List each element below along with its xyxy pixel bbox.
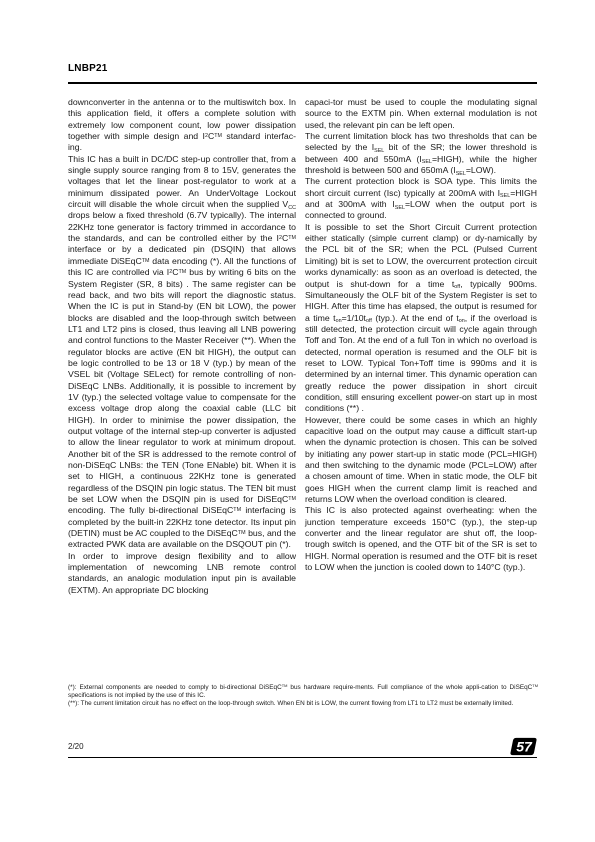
paragraph-left-1: downconverter in the antenna or to the m… — [68, 97, 296, 154]
body-text: downconverter in the antenna or to the m… — [68, 97, 537, 596]
header-rule — [68, 82, 537, 84]
footnote-1: (*): External components are needed to c… — [68, 684, 538, 699]
paragraph-right-6: This IC is also protected against overhe… — [305, 505, 537, 573]
paragraph-right-2: The current limitation block has two thr… — [305, 131, 537, 176]
footer-rule — [68, 757, 537, 758]
footnote-2: (**): The current limitation circuit has… — [68, 700, 538, 708]
paragraph-left-3: In order to improve design flexibility a… — [68, 551, 296, 596]
paragraph-left-2: This IC has a built in DC/DC step-up con… — [68, 154, 296, 551]
paragraph-right-1: capaci-tor must be used to couple the mo… — [305, 97, 537, 131]
st-logo-glyph: 57 — [516, 739, 533, 755]
paragraph-right-3: The current protection block is SOA type… — [305, 176, 537, 221]
footnotes: (*): External components are needed to c… — [68, 684, 538, 709]
paragraph-right-4: It is possible to set the Short Circuit … — [305, 222, 537, 415]
right-column: capaci-tor must be used to couple the mo… — [305, 97, 537, 596]
left-column: downconverter in the antenna or to the m… — [68, 97, 296, 596]
datasheet-page: LNBP21 downconverter in the antenna or t… — [0, 0, 595, 842]
page-title: LNBP21 — [68, 63, 108, 74]
paragraph-right-5: However, there could be some cases in wh… — [305, 415, 537, 506]
page-number: 2/20 — [68, 742, 84, 751]
st-logo-icon: 57 — [510, 737, 537, 756]
